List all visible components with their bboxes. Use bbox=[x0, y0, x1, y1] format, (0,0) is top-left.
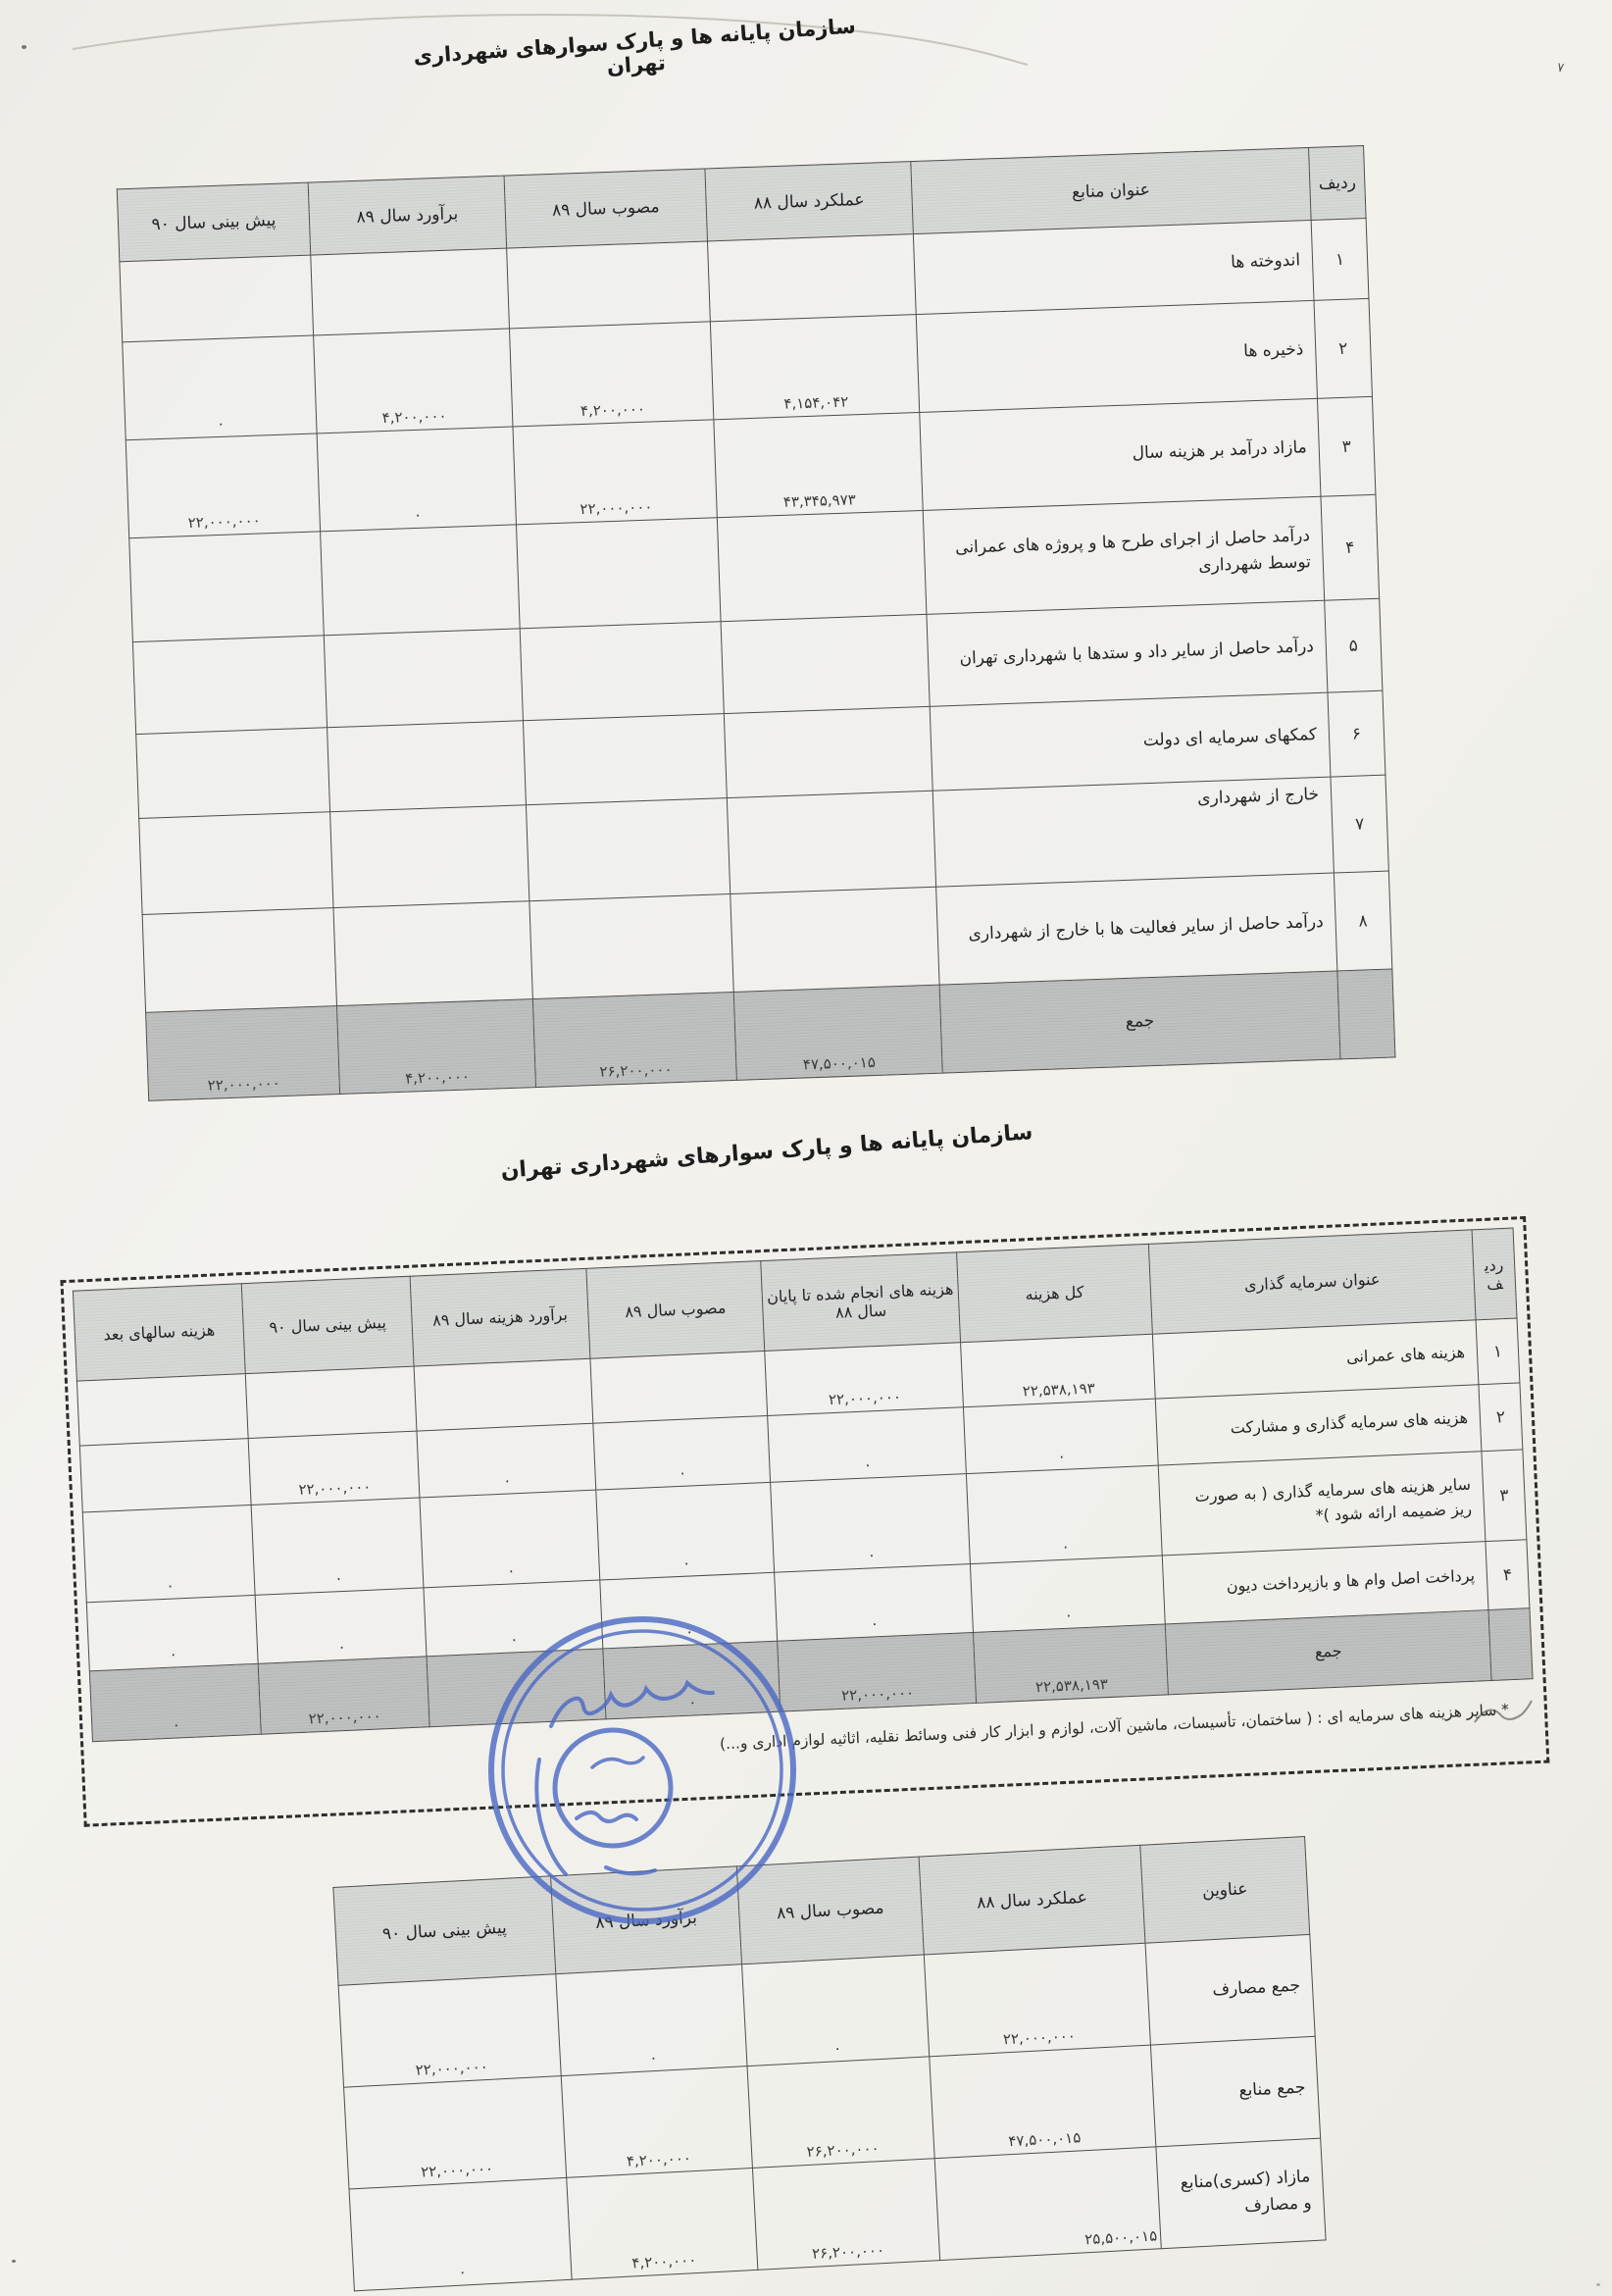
t1-r6-label: کمکهای سرمایه ای دولت bbox=[930, 692, 1331, 791]
t2-r2-approved89: ۰ bbox=[593, 1415, 771, 1490]
t3-r3-estimated89: ۴,۲۰۰,۰۰۰ bbox=[567, 2168, 758, 2279]
official-stamp bbox=[482, 1610, 802, 1930]
t1-r3-label: مازاد درآمد بر هزینه سال bbox=[920, 398, 1321, 510]
t1-r2-estimated89: ۴,۲۰۰,۰۰۰ bbox=[314, 329, 513, 434]
t1-r8-perf88 bbox=[730, 887, 939, 992]
t1-r8-label: درآمد حاصل از سایر فعالیت ها با خارج از … bbox=[936, 873, 1337, 985]
t2-r4-spent88: ۰ bbox=[775, 1564, 974, 1642]
t1-r4-perf88 bbox=[717, 510, 927, 621]
t1-r1-perf88 bbox=[708, 234, 917, 322]
t1-r7-forecast90 bbox=[139, 812, 333, 915]
t1-r7-num: ۷ bbox=[1331, 775, 1388, 873]
t1-r1-estimated89 bbox=[311, 248, 510, 335]
t2-r3-forecast90: ۰ bbox=[251, 1498, 424, 1595]
t3-header-titles: عناوین bbox=[1140, 1837, 1310, 1944]
t1-r3-perf88: ۴۳,۳۴۵,۹۷۳ bbox=[714, 412, 923, 517]
t1-r5-forecast90 bbox=[132, 636, 327, 735]
t3-r1-approved89: ۰ bbox=[742, 1955, 930, 2066]
t2-r4-num: ۴ bbox=[1486, 1540, 1530, 1610]
t1-header-approved89: مصوب سال ۸۹ bbox=[504, 169, 707, 248]
t2-r2-forecast90: ۲۲,۰۰۰,۰۰۰ bbox=[248, 1431, 420, 1505]
t1-r5-num: ۵ bbox=[1325, 598, 1383, 692]
t1-r4-forecast90 bbox=[129, 532, 325, 642]
t1-r5-perf88 bbox=[721, 614, 930, 713]
t1-r8-approved89 bbox=[529, 894, 733, 999]
t3-r2-perf88: ۴۷,۵۰۰,۰۱۵ bbox=[930, 2045, 1156, 2159]
t2-r1-forecast90 bbox=[245, 1366, 417, 1438]
t1-r5-approved89 bbox=[520, 622, 724, 721]
t1-r7-approved89 bbox=[526, 798, 730, 901]
t1-r2-forecast90: ۰ bbox=[123, 335, 317, 440]
t1-r3-num: ۳ bbox=[1317, 396, 1375, 496]
t3-r3-approved89: ۲۶,۲۰۰,۰۰۰ bbox=[752, 2159, 939, 2270]
t2-r1-later-years bbox=[76, 1374, 248, 1446]
t1-total-approved89: ۲۶,۲۰۰,۰۰۰ bbox=[532, 992, 736, 1087]
t3-r3-label: مازاد (کسری)منابع و مصارف bbox=[1156, 2138, 1326, 2249]
t2-r3-spent88: ۰ bbox=[771, 1474, 971, 1573]
scan-speck bbox=[22, 45, 26, 49]
t2-r1-estimated89 bbox=[414, 1358, 593, 1431]
t1-total-estimated89: ۴,۲۰۰,۰۰۰ bbox=[336, 999, 535, 1095]
t2-total-label: جمع bbox=[1165, 1610, 1491, 1695]
t2-r1-num: ۱ bbox=[1476, 1318, 1520, 1385]
t1-r2-num: ۲ bbox=[1314, 298, 1372, 398]
t1-r8-forecast90 bbox=[142, 908, 336, 1013]
scanned-budget-document: ٧ سازمان پایانه ها و پارک سوارهای شهردار… bbox=[0, 0, 1612, 2296]
t2-header-later-years: هزینه سالهای بعد bbox=[73, 1284, 245, 1381]
pen-tick-mark: ٧ bbox=[1556, 61, 1565, 77]
t2-r3-approved89: ۰ bbox=[596, 1482, 775, 1580]
t1-r4-num: ۴ bbox=[1321, 494, 1380, 600]
t1-r4-label: درآمد حاصل از اجرای طرح ها و پروژه های ع… bbox=[923, 496, 1324, 614]
t2-total-forecast90: ۲۲,۰۰۰,۰۰۰ bbox=[258, 1657, 429, 1734]
t2-r4-total-cost: ۰ bbox=[970, 1556, 1165, 1632]
t1-total-num bbox=[1337, 969, 1395, 1059]
t1-r6-approved89 bbox=[523, 714, 727, 805]
t1-r5-label: درآمد حاصل از سایر داد و ستدها با شهردار… bbox=[927, 600, 1328, 706]
t1-r3-forecast90: ۲۲,۰۰۰,۰۰۰ bbox=[126, 434, 320, 538]
t1-r1-num: ۱ bbox=[1311, 218, 1369, 300]
t1-total-label: جمع bbox=[939, 971, 1340, 1073]
t1-r6-estimated89 bbox=[327, 721, 527, 812]
t1-r8-estimated89 bbox=[333, 901, 532, 1006]
scan-speck bbox=[12, 2260, 16, 2263]
t1-total-perf88: ۴۷,۵۰۰,۰۱۵ bbox=[733, 985, 942, 1080]
t3-header-perf88: عملکرد سال ۸۸ bbox=[919, 1845, 1145, 1955]
t1-header-estimated89: برآورد سال ۸۹ bbox=[308, 176, 506, 255]
t1-r6-perf88 bbox=[724, 706, 932, 797]
t1-r4-approved89 bbox=[516, 518, 721, 629]
investment-table-frame: ردیف عنوان سرمایه گذاری کل هزینه هزینه ه… bbox=[60, 1216, 1549, 1827]
t2-header-total-cost: کل هزینه bbox=[957, 1244, 1153, 1342]
t1-r7-estimated89 bbox=[330, 805, 529, 908]
t2-r4-forecast90: ۰ bbox=[255, 1588, 427, 1663]
t1-header-perf88: عملکرد سال ۸۸ bbox=[705, 162, 913, 241]
t3-r2-estimated89: ۴,۲۰۰,۰۰۰ bbox=[561, 2066, 752, 2178]
t2-header-forecast90: پیش بینی سال ۹۰ bbox=[241, 1276, 414, 1373]
t1-r8-num: ۸ bbox=[1334, 871, 1391, 971]
t2-total-total-cost: ۲۲,۵۳۸,۱۹۳ bbox=[973, 1624, 1168, 1703]
t1-r1-approved89 bbox=[507, 241, 711, 329]
t3-r2-forecast90: ۲۲,۰۰۰,۰۰۰ bbox=[344, 2076, 567, 2189]
investment-table: ردیف عنوان سرمایه گذاری کل هزینه هزینه ه… bbox=[73, 1228, 1534, 1743]
t2-r1-spent88: ۲۲,۰۰۰,۰۰۰ bbox=[765, 1343, 964, 1416]
t2-r2-num: ۲ bbox=[1479, 1383, 1523, 1452]
t3-r2-label: جمع منابع bbox=[1150, 2036, 1320, 2147]
t1-r3-estimated89: ۰ bbox=[317, 427, 516, 532]
t2-r3-total-cost: ۰ bbox=[966, 1465, 1162, 1563]
document-title-middle: سازمان پایانه ها و پارک سوارهای شهرداری … bbox=[439, 1116, 1094, 1189]
t1-r6-forecast90 bbox=[136, 728, 330, 819]
t2-header-row-no: ردیف bbox=[1472, 1228, 1517, 1320]
t1-r2-perf88: ۴,۱۵۴,۰۴۲ bbox=[710, 315, 919, 420]
t1-r5-estimated89 bbox=[324, 629, 523, 728]
t1-r1-label: اندوخته ها bbox=[913, 220, 1314, 314]
t3-r3-forecast90: ۰ bbox=[349, 2177, 572, 2290]
t2-r2-later-years bbox=[79, 1439, 251, 1512]
t2-header-spent-until-88: هزینه های انجام شده تا پایان سال ۸۸ bbox=[761, 1252, 961, 1352]
resources-table: ردیف عنوان منابع عملکرد سال ۸۸ مصوب سال … bbox=[117, 145, 1396, 1101]
t3-r1-forecast90: ۲۲,۰۰۰,۰۰۰ bbox=[338, 1974, 561, 2087]
t1-r1-forecast90 bbox=[120, 255, 314, 342]
t3-r3-perf88: ۲۵,۵۰۰,۰۱۵ bbox=[934, 2147, 1161, 2261]
t2-total-num bbox=[1488, 1608, 1533, 1681]
t1-r7-perf88 bbox=[727, 791, 935, 893]
t1-r4-estimated89 bbox=[321, 525, 521, 636]
t2-r2-spent88: ۰ bbox=[768, 1407, 967, 1483]
t1-total-forecast90: ۲۲,۰۰۰,۰۰۰ bbox=[146, 1006, 340, 1101]
t2-r3-num: ۳ bbox=[1482, 1450, 1527, 1542]
t2-r3-estimated89: ۰ bbox=[420, 1490, 600, 1588]
t2-header-investment-title: عنوان سرمایه گذاری bbox=[1148, 1230, 1476, 1334]
t2-r2-total-cost: ۰ bbox=[963, 1399, 1158, 1473]
t2-r2-estimated89: ۰ bbox=[417, 1423, 596, 1498]
t1-r2-label: ذخیره ها bbox=[916, 300, 1317, 412]
t2-r3-later-years: ۰ bbox=[82, 1505, 255, 1602]
t1-r7-label: خارج از شهرداری bbox=[932, 777, 1334, 887]
t1-r6-num: ۶ bbox=[1328, 690, 1385, 777]
t2-r1-approved89 bbox=[590, 1351, 768, 1423]
t1-header-row-no: ردیف bbox=[1309, 146, 1367, 221]
t1-header-source-title: عنوان منابع bbox=[911, 147, 1311, 233]
scan-speck bbox=[1596, 2283, 1600, 2286]
t3-r1-perf88: ۲۲,۰۰۰,۰۰۰ bbox=[924, 1943, 1150, 2057]
t2-r3-label: سایر هزینه های سرمایه گذاری ( به صورت ری… bbox=[1158, 1452, 1486, 1556]
t2-r1-total-cost: ۲۲,۵۳۸,۱۹۳ bbox=[961, 1334, 1156, 1406]
t2-total-later-years: ۰ bbox=[89, 1663, 261, 1741]
t3-r2-approved89: ۲۶,۲۰۰,۰۰۰ bbox=[747, 2057, 934, 2168]
t2-header-approved89: مصوب سال ۸۹ bbox=[586, 1261, 765, 1359]
t1-header-forecast90: پیش بینی سال ۹۰ bbox=[117, 182, 310, 262]
t2-header-estimated-cost-89: برآورد هزینه سال ۸۹ bbox=[410, 1268, 590, 1366]
t1-r3-approved89: ۲۲,۰۰۰,۰۰۰ bbox=[513, 420, 717, 525]
t2-r4-later-years: ۰ bbox=[86, 1595, 258, 1670]
t1-r2-approved89: ۴,۲۰۰,۰۰۰ bbox=[509, 322, 713, 427]
t3-r1-estimated89: ۰ bbox=[556, 1964, 747, 2076]
t2-total-spent88: ۲۲,۰۰۰,۰۰۰ bbox=[778, 1632, 977, 1711]
t3-r1-label: جمع مصارف bbox=[1145, 1934, 1315, 2045]
